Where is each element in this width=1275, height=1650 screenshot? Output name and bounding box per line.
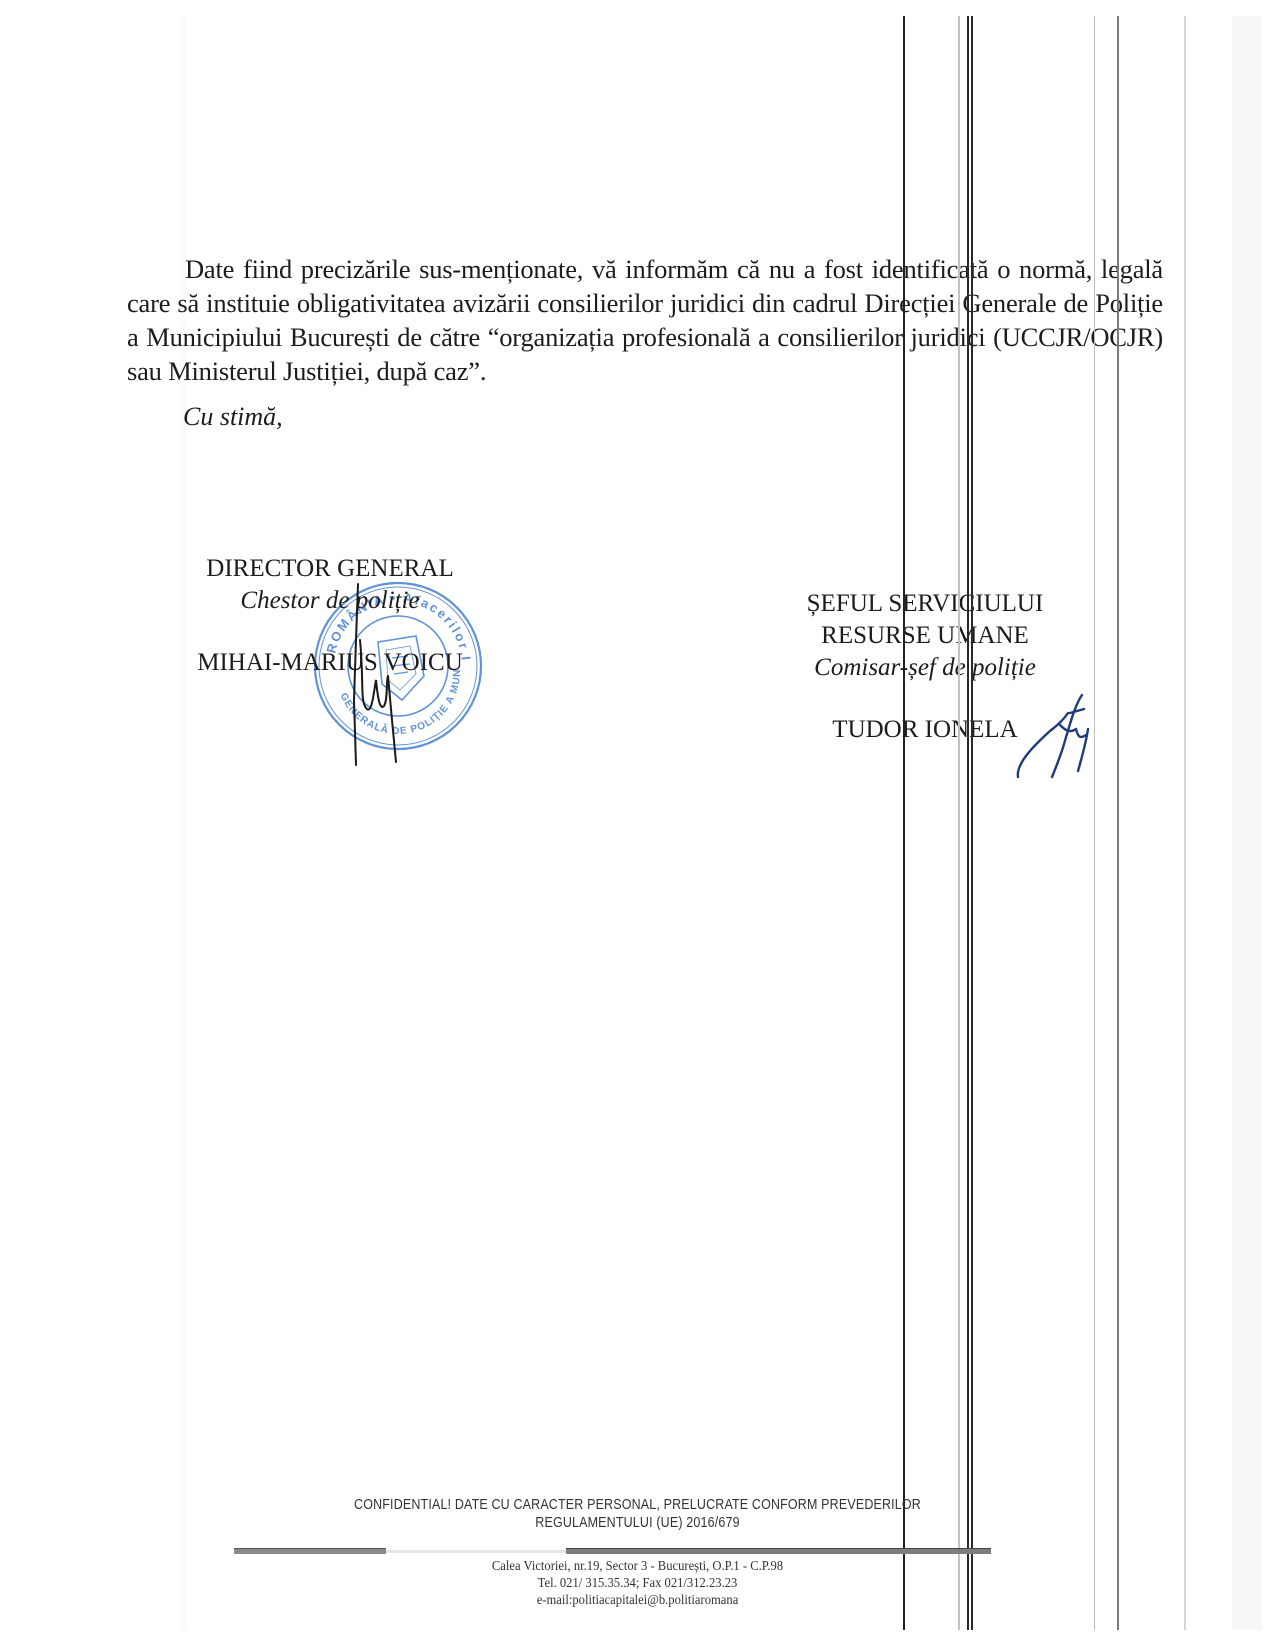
body-paragraph: Date fiind precizările sus-menționate, v… (127, 252, 1163, 388)
footer-divider (386, 1550, 566, 1553)
scan-artifact-line (967, 16, 969, 1630)
scan-artifact-line (1184, 16, 1186, 1630)
footer-divider (234, 1548, 386, 1554)
confidentiality-notice: CONFIDENTIAL! DATE CU CARACTER PERSONAL,… (89, 1496, 1186, 1532)
scan-artifact-line (958, 16, 960, 1630)
institution-address: Calea Victoriei, nr.19, Sector 3 - Bucur… (64, 1558, 1212, 1609)
body-paragraph-text: Date fiind precizările sus-menționate, v… (127, 252, 1163, 388)
address-line-2: Tel. 021/ 315.35.34; Fax 021/312.23.23 (64, 1575, 1212, 1592)
signatory-title-line2: RESURSE UMANE (770, 620, 1080, 652)
handwritten-signature-icon (330, 580, 410, 770)
footer-divider (566, 1548, 991, 1554)
scan-artifact-line (1094, 16, 1095, 1630)
signatory-rank: Comisar-șef de poliție (770, 652, 1080, 684)
signatory-title-line1: ȘEFUL SERVICIULUI (770, 588, 1080, 620)
scan-artifact-line (1117, 16, 1119, 1630)
notice-line-1: CONFIDENTIAL! DATE CU CARACTER PERSONAL,… (89, 1496, 1186, 1514)
scan-edge-band (1232, 16, 1262, 1630)
notice-line-2: REGULAMENTULUI (UE) 2016/679 (89, 1514, 1186, 1532)
document-page: Date fiind precizările sus-menționate, v… (0, 0, 1275, 1650)
handwritten-signature-icon (1000, 685, 1095, 790)
email-line: e-mail:politiacapitalei@b.politiaromana (64, 1592, 1212, 1609)
scan-artifact-line (971, 16, 973, 1630)
scan-artifact-line (903, 16, 905, 1630)
salutation: Cu stimă, (183, 402, 283, 432)
address-line-1: Calea Victoriei, nr.19, Sector 3 - Bucur… (64, 1558, 1212, 1575)
